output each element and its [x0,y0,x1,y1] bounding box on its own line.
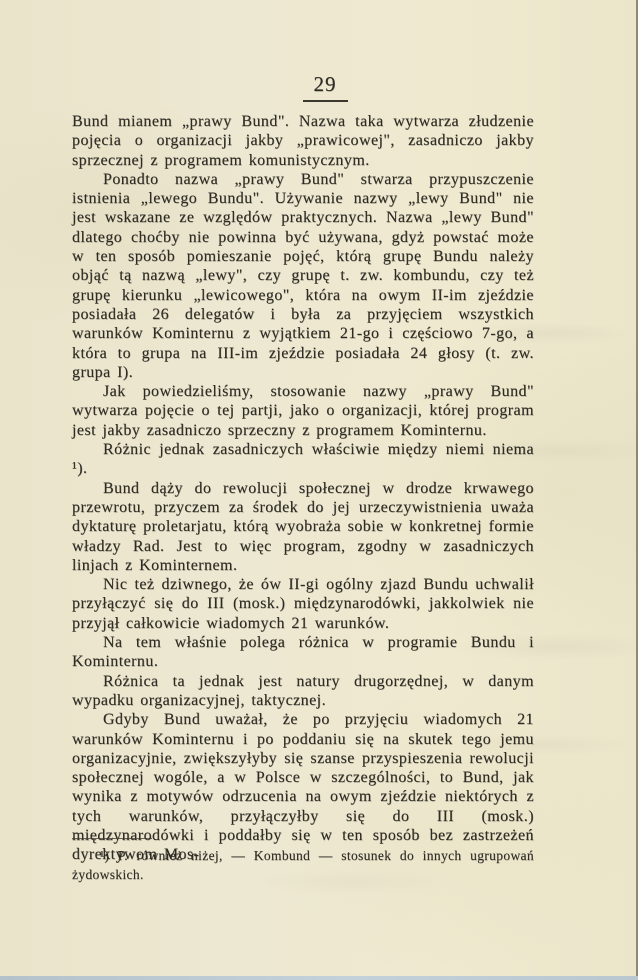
page-header: 29 [0,72,638,102]
footnote: ¹) P. również niżej, — Kombund — stosune… [72,847,534,884]
page-number: 29 [303,72,348,102]
paragraph: Różnic jednak zasadniczych właściwie mię… [72,440,534,479]
paragraph: Jak powiedzieliśmy, stosowanie nazwy „pr… [72,382,534,440]
paragraph: Bund dąży do rewolucji społecznej w drod… [72,479,534,575]
page-body: Bund mianem „prawy Bund". Nazwa taka wyt… [72,112,534,865]
footnote-line: żydowskich. [72,866,534,885]
paragraph: Gdyby Bund uważał, że po przyjęciu wiado… [72,710,534,864]
footnote-line: ¹) P. również niżej, — Kombund — stosune… [72,847,534,866]
paragraph: Różnica ta jednak jest natury drugorzędn… [72,672,534,711]
paragraph: Bund mianem „prawy Bund". Nazwa taka wyt… [72,112,534,170]
paragraph: Ponadto nazwa „prawy Bund" stwarza przyp… [72,170,534,382]
scanned-book-page: 29 Bund mianem „prawy Bund". Nazwa taka … [0,0,638,980]
footnote-separator [72,838,152,839]
paragraph: Na tem właśnie polega różnica w programi… [72,633,534,672]
paragraph: Nic też dziwnego, że ów II-gi ogólny zja… [72,575,534,633]
scan-edge-bottom [0,976,638,980]
